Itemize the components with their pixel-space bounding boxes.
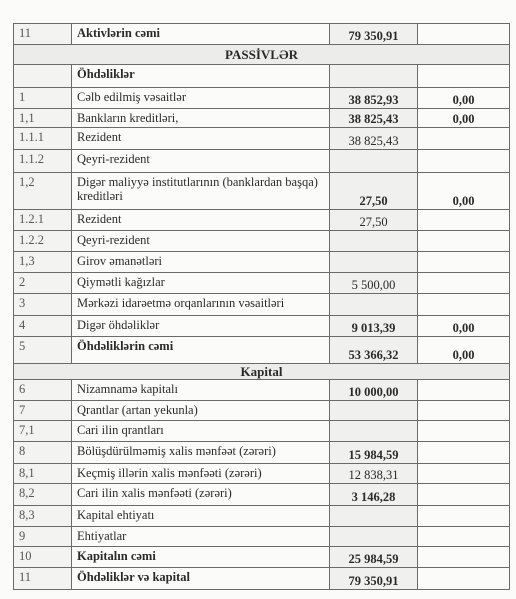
value-current (330, 527, 418, 547)
value-current (330, 252, 418, 273)
value-foreign (418, 401, 510, 421)
row-number: 8,3 (14, 506, 72, 527)
value-foreign (418, 231, 510, 252)
row-label: Qiymətli kağızlar (72, 273, 330, 294)
value-foreign (418, 210, 510, 231)
table-row: 8,3Kapital ehtiyatı (14, 506, 510, 527)
row-label: Digər öhdəliklər (72, 316, 330, 337)
row-number (14, 65, 72, 88)
table-row: 1.2.2Qeyri-rezident (14, 231, 510, 252)
row-number: 2 (14, 273, 72, 294)
row-number: 1,3 (14, 252, 72, 273)
table-row: 3Mərkəzi idarəetmə orqanlarının vəsaitlə… (14, 294, 510, 316)
value-current (330, 150, 418, 173)
row-label: Cari ilin qrantları (72, 421, 330, 442)
row-number: 8 (14, 442, 72, 464)
value-current (330, 65, 418, 88)
value-foreign (418, 421, 510, 442)
row-label: Rezident (72, 128, 330, 150)
section-header-row: Kapital (14, 364, 510, 380)
table-row: 8,2Cari ilin xalis mənfəəti (zərəri)3 14… (14, 484, 510, 506)
value-foreign (418, 464, 510, 484)
value-current: 25 984,59 (330, 547, 418, 568)
value-foreign (418, 150, 510, 173)
value-foreign (418, 568, 510, 590)
row-label: Bankların kreditləri, (72, 109, 330, 128)
value-current: 3 146,28 (330, 484, 418, 506)
value-foreign (418, 252, 510, 273)
row-number: 1,2 (14, 173, 72, 210)
value-foreign: 0,00 (418, 316, 510, 337)
row-number: 3 (14, 294, 72, 316)
value-foreign (418, 484, 510, 506)
row-number: 1.2.2 (14, 231, 72, 252)
value-foreign (418, 294, 510, 316)
value-foreign: 0,00 (418, 173, 510, 210)
table-row: 11Öhdəliklər və kapital79 350,91 (14, 568, 510, 590)
row-label: Cari ilin xalis mənfəəti (zərəri) (72, 484, 330, 506)
value-foreign (418, 442, 510, 464)
value-foreign: 0,00 (418, 88, 510, 109)
row-label: Mərkəzi idarəetmə orqanlarının vəsaitlər… (72, 294, 330, 316)
row-number: 9 (14, 527, 72, 547)
row-number: 1.1.1 (14, 128, 72, 150)
value-foreign (418, 65, 510, 88)
row-label: Kapital ehtiyatı (72, 506, 330, 527)
table-row: 10Kapitalın cəmi25 984,59 (14, 547, 510, 568)
row-number: 6 (14, 380, 72, 401)
table-row: 9Ehtiyatlar (14, 527, 510, 547)
section-title: PASSİVLƏR (14, 45, 510, 65)
row-number: 8,2 (14, 484, 72, 506)
row-label: Qrantlar (artan yekunla) (72, 401, 330, 421)
row-label: Rezident (72, 210, 330, 231)
balance-sheet-table: 11Aktivlərin cəmi79 350,91PASSİVLƏRÖhdəl… (13, 23, 510, 590)
row-label: Qeyri-rezident (72, 231, 330, 252)
value-current: 5 500,00 (330, 273, 418, 294)
table-row: 1,1Bankların kreditləri,38 825,430,00 (14, 109, 510, 128)
row-label: Girov əmanətləri (72, 252, 330, 273)
section-header-row: PASSİVLƏR (14, 45, 510, 65)
row-number: 1.2.1 (14, 210, 72, 231)
table-row: Öhdəliklər (14, 65, 510, 88)
row-label: Keçmiş illərin xalis mənfəəti (zərəri) (72, 464, 330, 484)
row-label: Öhdəliklər və kapital (72, 568, 330, 590)
table-row: 6Nizamnamə kapitalı10 000,00 (14, 380, 510, 401)
value-current: 79 350,91 (330, 568, 418, 590)
value-current: 38 825,43 (330, 109, 418, 128)
value-current: 27,50 (330, 173, 418, 210)
table-row: 8Bölüşdürülməmiş xalis mənfəət (zərəri)1… (14, 442, 510, 464)
row-number: 8,1 (14, 464, 72, 484)
value-current (330, 294, 418, 316)
balance-sheet-body: 11Aktivlərin cəmi79 350,91PASSİVLƏRÖhdəl… (14, 24, 510, 590)
value-foreign (418, 128, 510, 150)
value-foreign (418, 506, 510, 527)
value-current: 38 852,93 (330, 88, 418, 109)
row-number: 11 (14, 568, 72, 590)
table-row: 1,2Digər maliyyə institutlarının (bankla… (14, 173, 510, 210)
table-row: 7Qrantlar (artan yekunla) (14, 401, 510, 421)
row-number: 10 (14, 547, 72, 568)
table-row: 2Qiymətli kağızlar5 500,00 (14, 273, 510, 294)
row-label: Aktivlərin cəmi (72, 24, 330, 45)
row-label: Qeyri-rezident (72, 150, 330, 173)
table-row: 1.1.1Rezident38 825,43 (14, 128, 510, 150)
table-row: 4Digər öhdəliklər9 013,390,00 (14, 316, 510, 337)
section-title: Kapital (14, 364, 510, 380)
value-foreign (418, 547, 510, 568)
value-foreign: 0,00 (418, 337, 510, 364)
value-foreign (418, 273, 510, 294)
value-current: 38 825,43 (330, 128, 418, 150)
value-current: 15 984,59 (330, 442, 418, 464)
row-number: 4 (14, 316, 72, 337)
row-label: Öhdəliklər (72, 65, 330, 88)
row-number: 7 (14, 401, 72, 421)
value-current: 10 000,00 (330, 380, 418, 401)
value-current: 27,50 (330, 210, 418, 231)
table-row: 5Öhdəliklərin cəmi53 366,320,00 (14, 337, 510, 364)
value-current (330, 421, 418, 442)
row-number: 7,1 (14, 421, 72, 442)
row-number: 1.1.2 (14, 150, 72, 173)
row-number: 1 (14, 88, 72, 109)
row-label: Öhdəliklərin cəmi (72, 337, 330, 364)
row-label: Nizamnamə kapitalı (72, 380, 330, 401)
table-row: 1.1.2Qeyri-rezident (14, 150, 510, 173)
row-number: 1,1 (14, 109, 72, 128)
value-current (330, 231, 418, 252)
value-foreign (418, 24, 510, 45)
table-row: 1,3Girov əmanətləri (14, 252, 510, 273)
value-foreign (418, 527, 510, 547)
row-label: Ehtiyatlar (72, 527, 330, 547)
value-current: 12 838,31 (330, 464, 418, 484)
value-current: 53 366,32 (330, 337, 418, 364)
table-row: 11Aktivlərin cəmi79 350,91 (14, 24, 510, 45)
value-foreign: 0,00 (418, 109, 510, 128)
row-label: Digər maliyyə institutlarının (banklarda… (72, 173, 330, 210)
value-current: 79 350,91 (330, 24, 418, 45)
table-row: 8,1Keçmiş illərin xalis mənfəəti (zərəri… (14, 464, 510, 484)
value-current: 9 013,39 (330, 316, 418, 337)
value-current (330, 401, 418, 421)
table-row: 1Cəlb edilmiş vəsaitlər38 852,930,00 (14, 88, 510, 109)
value-foreign (418, 380, 510, 401)
table-row: 1.2.1Rezident27,50 (14, 210, 510, 231)
row-number: 11 (14, 24, 72, 45)
value-current (330, 506, 418, 527)
row-number: 5 (14, 337, 72, 364)
table-row: 7,1Cari ilin qrantları (14, 421, 510, 442)
row-label: Cəlb edilmiş vəsaitlər (72, 88, 330, 109)
row-label: Bölüşdürülməmiş xalis mənfəət (zərəri) (72, 442, 330, 464)
row-label: Kapitalın cəmi (72, 547, 330, 568)
